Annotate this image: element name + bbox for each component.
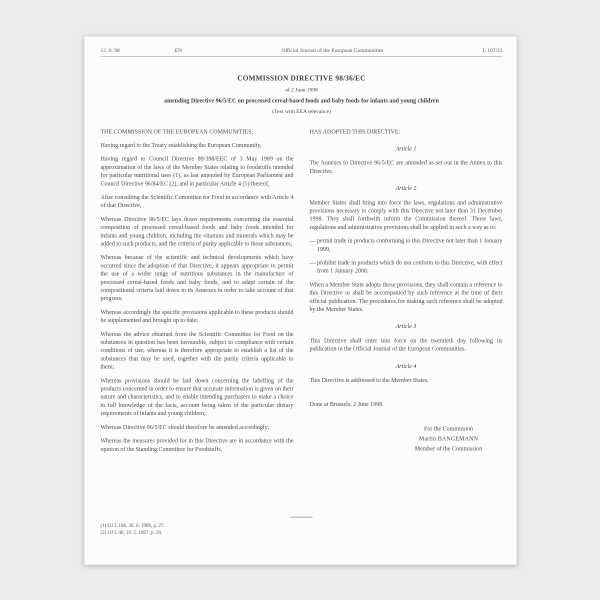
article-4-heading: Article 4 bbox=[310, 362, 503, 370]
header-language-code: EN bbox=[175, 48, 182, 54]
article-2-indent-2: — prohibit trade in products which do no… bbox=[310, 258, 503, 274]
article-1-text: The Annexes to Directive 96/5/EC are ame… bbox=[310, 159, 503, 175]
body-columns: THE COMMISSION OF THE EUROPEAN COMMUNITI… bbox=[101, 127, 503, 458]
article-3-text: This Directive shall enter into force on… bbox=[310, 336, 503, 352]
signature-role: Member of the Commission bbox=[395, 443, 503, 453]
right-column: HAS ADOPTED THIS DIRECTIVE: Article 1 Th… bbox=[310, 127, 503, 458]
article-2-heading: Article 2 bbox=[310, 184, 503, 192]
recital-7: Whereas the measures provided for in thi… bbox=[101, 437, 294, 453]
recital-1: Whereas Directive 96/5/EC lays down requ… bbox=[101, 215, 294, 248]
scan-canvas: 12. 6. 98 EN Official Journal of the Eur… bbox=[84, 36, 517, 565]
footnote-2: (2) OJ L 48, 19. 2. 1997, p. 20. bbox=[101, 530, 165, 537]
signature-name: Martin BANGEMANN bbox=[395, 433, 503, 443]
footnote-1: (1) OJ L 186, 30. 6. 1989, p. 27. bbox=[101, 523, 165, 530]
recital-3: Whereas accordingly the specific provisi… bbox=[101, 308, 294, 324]
signature-block: For the Commission Martin BANGEMANN Memb… bbox=[395, 423, 503, 453]
running-header: 12. 6. 98 EN Official Journal of the Eur… bbox=[101, 48, 503, 54]
footnotes: (1) OJ L 186, 30. 6. 1989, p. 27. (2) OJ… bbox=[101, 523, 165, 537]
eea-relevance-note: (Text with EEA relevance) bbox=[101, 108, 503, 114]
preamble-commission: THE COMMISSION OF THE EUROPEAN COMMUNITI… bbox=[101, 127, 294, 135]
document-page: 12. 6. 98 EN Official Journal of the Eur… bbox=[84, 36, 517, 565]
article-2-text: Member States shall bring into force the… bbox=[310, 198, 503, 231]
directive-date: of 2 June 1998 bbox=[101, 87, 503, 93]
citation-directive: Having regard to Council Directive 89/39… bbox=[101, 155, 294, 188]
recital-4: Whereas the advice obtained from the Sci… bbox=[101, 330, 294, 371]
title-block: COMMISSION DIRECTIVE 98/36/EC of 2 June … bbox=[101, 75, 503, 115]
directive-title: COMMISSION DIRECTIVE 98/36/EC bbox=[101, 75, 503, 84]
citation-treaty: Having regard to the Treaty establishing… bbox=[101, 141, 294, 149]
place-date-of-signature: Done at Brussels, 2 June 1998. bbox=[310, 400, 503, 408]
header-date: 12. 6. 98 bbox=[101, 48, 120, 54]
header-page-reference: L 167/23 bbox=[483, 48, 503, 54]
signature-on-behalf: For the Commission bbox=[395, 423, 503, 433]
citation-committee: After consulting the Scientific Committe… bbox=[101, 193, 294, 209]
recital-2: Whereas because of the scientific and te… bbox=[101, 253, 294, 302]
header-journal-title: Official Journal of the European Communi… bbox=[182, 48, 483, 54]
recital-5: Whereas provisions should be laid down c… bbox=[101, 376, 294, 417]
article-4-text: This Directive is addressed to the Membe… bbox=[310, 376, 503, 384]
article-1-heading: Article 1 bbox=[310, 144, 503, 152]
directive-subject: amending Directive 96/5/EC on processed … bbox=[142, 97, 462, 104]
article-2-indent-1: — permit trade in products conforming to… bbox=[310, 237, 503, 253]
article-2-text-2: When a Member State adopts those provisi… bbox=[310, 280, 503, 313]
article-3-heading: Article 3 bbox=[310, 322, 503, 330]
page-content: 12. 6. 98 EN Official Journal of the Eur… bbox=[101, 37, 503, 459]
left-column: THE COMMISSION OF THE EUROPEAN COMMUNITI… bbox=[101, 127, 294, 458]
recital-6: Whereas Directive 96/5/EC should therefo… bbox=[101, 423, 294, 431]
enacting-formula: HAS ADOPTED THIS DIRECTIVE: bbox=[310, 127, 503, 135]
header-rule bbox=[101, 56, 503, 57]
footnote-separator bbox=[291, 517, 313, 519]
